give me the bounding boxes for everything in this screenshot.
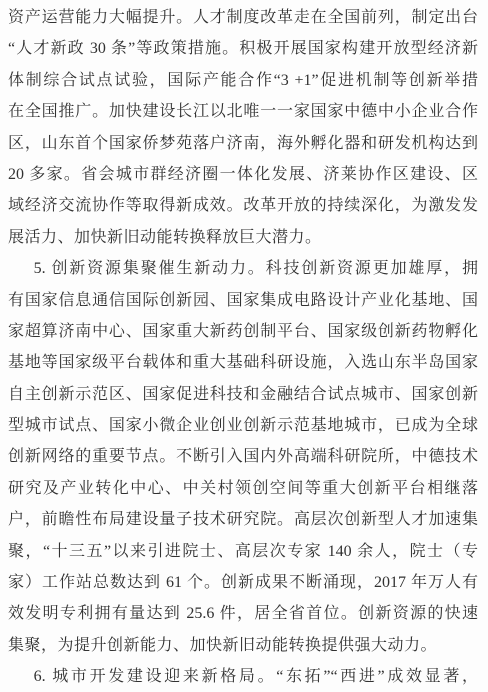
text-line: 效发明专利拥有量达到 25.6 件，居全省首位。创新资源的快速 — [8, 598, 478, 629]
document-page: 资产运营能力大幅提升。人才制度改革走在全国前列，制定出台 “人才新政 30 条”… — [0, 0, 488, 692]
text-line-paragraph-end: 展活力、加快新旧动能转换释放巨大潜力。 — [8, 222, 478, 253]
text-line: 资产运营能力大幅提升。人才制度改革走在全国前列，制定出台 — [8, 2, 478, 33]
text-line: 家超算济南中心、国家重大新药创制平台、国家级创新药物孵化 — [8, 316, 478, 347]
text-line: 体制综合试点试验，国际产能合作“3 +1”促进机制等创新举措 — [8, 65, 478, 96]
text-line: 域经济交流协作等取得新成效。改革开放的持续深化，为激发发 — [8, 190, 478, 221]
text-line-paragraph-end: 集聚，为提升创新能力、加快新旧动能转换提供强大动力。 — [8, 630, 478, 661]
text-line: 自主创新示范区、国家促进科技和金融结合试点城市、国家创新 — [8, 379, 478, 410]
text-line: 有国家信息通信国际创新园、国家集成电路设计产业化基地、国 — [8, 285, 478, 316]
text-line: 聚，“十三五”以来引进院士、高层次专家 140 余人，院士（专 — [8, 536, 478, 567]
text-line: 研究及产业转化中心、中关村领创空间等重大创新平台相继落 — [8, 473, 478, 504]
text-line: 创新网络的重要节点。不断引入国内外高端科研院所，中德技术 — [8, 441, 478, 472]
text-line: 户，前瞻性布局建设量子技术研究院。高层次创新型人才加速集 — [8, 504, 478, 535]
text-line: 20 多家。省会城市群经济圈一体化发展、济莱协作区建设、区 — [8, 159, 478, 190]
section-6-heading-line: 6. 城市开发建设迎来新格局。“东拓”“西进”成效显著， — [8, 661, 478, 692]
text-line: 区，山东首个国家侨梦苑落户济南，海外孵化器和研发机构达到 — [8, 128, 478, 159]
text-line: 在全国推广。加快建设长江以北唯一一家国家中德中小企业合作 — [8, 96, 478, 127]
text-line: 型城市试点、国家小微企业创业创新示范基地城市，已成为全球 — [8, 410, 478, 441]
text-line: 基地等国家级平台载体和重大基础科研设施，入选山东半岛国家 — [8, 347, 478, 378]
section-5-heading-line: 5. 创新资源集聚催生新动力。科技创新资源更加雄厚，拥 — [8, 253, 478, 284]
text-line: “人才新政 30 条”等政策措施。积极开展国家构建开放型经济新 — [8, 33, 478, 64]
text-line: 家）工作站总数达到 61 个。创新成果不断涌现，2017 年万人有 — [8, 567, 478, 598]
